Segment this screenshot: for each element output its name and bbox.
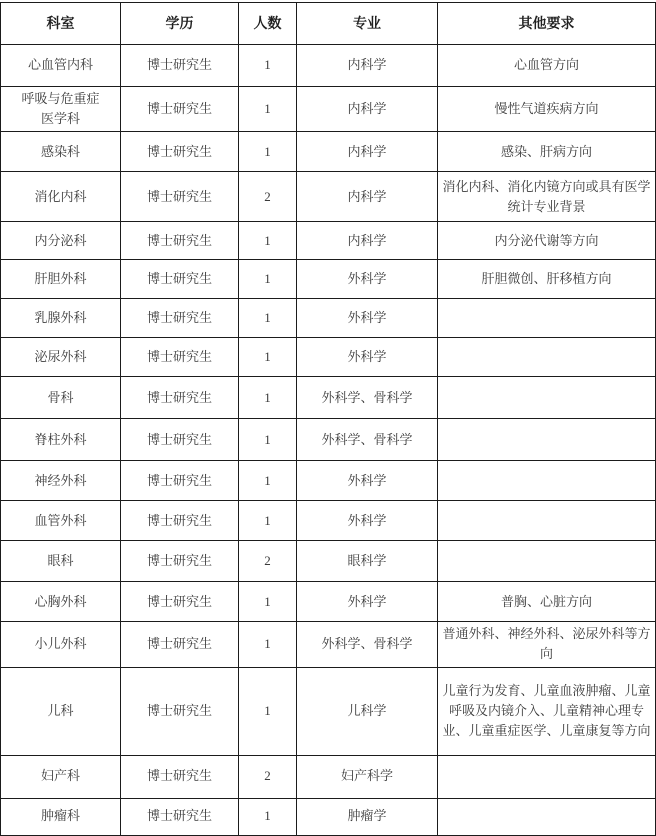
cell-requirements: 普通外科、神经外科、泌尿外科等方向 (438, 622, 656, 667)
cell-education: 博士研究生 (121, 132, 239, 172)
cell-major: 内科学 (297, 87, 438, 132)
table-row: 小儿外科 博士研究生 1 外科学、骨科学 普通外科、神经外科、泌尿外科等方向 (1, 622, 656, 667)
cell-count: 1 (239, 667, 297, 755)
cell-department: 呼吸与危重症 医学科 (1, 87, 121, 132)
cell-education: 博士研究生 (121, 541, 239, 582)
table-body: 心血管内科 博士研究生 1 内科学 心血管方向 呼吸与危重症 医学科 博士研究生… (1, 45, 656, 836)
cell-count: 1 (239, 260, 297, 299)
cell-count: 1 (239, 501, 297, 541)
cell-count: 1 (239, 87, 297, 132)
cell-count: 1 (239, 377, 297, 419)
cell-major: 外科学、骨科学 (297, 419, 438, 461)
column-header-count: 人数 (239, 3, 297, 45)
cell-education: 博士研究生 (121, 377, 239, 419)
cell-count: 2 (239, 755, 297, 798)
cell-requirements: 普胸、心脏方向 (438, 582, 656, 622)
column-header-requirements: 其他要求 (438, 3, 656, 45)
cell-education: 博士研究生 (121, 622, 239, 667)
cell-requirements (438, 798, 656, 835)
cell-requirements: 肝胆微创、肝移植方向 (438, 260, 656, 299)
cell-department: 感染科 (1, 132, 121, 172)
cell-major: 肿瘤学 (297, 798, 438, 835)
cell-requirements (438, 338, 656, 377)
document-page: 科室 学历 人数 专业 其他要求 心血管内科 博士研究生 1 内科学 心血管方向… (0, 0, 656, 825)
cell-education: 博士研究生 (121, 260, 239, 299)
cell-department: 肿瘤科 (1, 798, 121, 835)
table-row: 神经外科 博士研究生 1 外科学 (1, 461, 656, 501)
cell-count: 1 (239, 582, 297, 622)
table-row: 肝胆外科 博士研究生 1 外科学 肝胆微创、肝移植方向 (1, 260, 656, 299)
table-row: 肿瘤科 博士研究生 1 肿瘤学 (1, 798, 656, 835)
cell-major: 妇产科学 (297, 755, 438, 798)
table-row: 血管外科 博士研究生 1 外科学 (1, 501, 656, 541)
cell-education: 博士研究生 (121, 667, 239, 755)
cell-count: 1 (239, 461, 297, 501)
table-row: 消化内科 博士研究生 2 内科学 消化内科、消化内镜方向或具有医学统计专业背景 (1, 172, 656, 222)
table-header: 科室 学历 人数 专业 其他要求 (1, 3, 656, 45)
cell-education: 博士研究生 (121, 299, 239, 338)
cell-department: 神经外科 (1, 461, 121, 501)
cell-count: 1 (239, 222, 297, 260)
cell-count: 1 (239, 419, 297, 461)
cell-department: 小儿外科 (1, 622, 121, 667)
cell-department: 泌尿外科 (1, 338, 121, 377)
cell-requirements (438, 541, 656, 582)
table-row: 脊柱外科 博士研究生 1 外科学、骨科学 (1, 419, 656, 461)
table-row: 骨科 博士研究生 1 外科学、骨科学 (1, 377, 656, 419)
cell-department: 内分泌科 (1, 222, 121, 260)
cell-count: 1 (239, 45, 297, 87)
cell-major: 儿科学 (297, 667, 438, 755)
table-row: 乳腺外科 博士研究生 1 外科学 (1, 299, 656, 338)
cell-requirements (438, 419, 656, 461)
cell-education: 博士研究生 (121, 501, 239, 541)
cell-major: 外科学 (297, 501, 438, 541)
cell-department: 肝胆外科 (1, 260, 121, 299)
cell-department: 乳腺外科 (1, 299, 121, 338)
table-row: 心血管内科 博士研究生 1 内科学 心血管方向 (1, 45, 656, 87)
table-row: 呼吸与危重症 医学科 博士研究生 1 内科学 慢性气道疾病方向 (1, 87, 656, 132)
column-header-major: 专业 (297, 3, 438, 45)
table-row: 儿科 博士研究生 1 儿科学 儿童行为发育、儿童血液肿瘤、儿童呼吸及内镜介入、儿… (1, 667, 656, 755)
cell-major: 外科学 (297, 260, 438, 299)
header-row: 科室 学历 人数 专业 其他要求 (1, 3, 656, 45)
cell-education: 博士研究生 (121, 755, 239, 798)
cell-major: 外科学 (297, 461, 438, 501)
cell-major: 外科学 (297, 338, 438, 377)
recruitment-table: 科室 学历 人数 专业 其他要求 心血管内科 博士研究生 1 内科学 心血管方向… (0, 2, 656, 836)
cell-count: 2 (239, 172, 297, 222)
cell-major: 内科学 (297, 132, 438, 172)
cell-major: 外科学、骨科学 (297, 377, 438, 419)
table-row: 内分泌科 博士研究生 1 内科学 内分泌代谢等方向 (1, 222, 656, 260)
table-row: 眼科 博士研究生 2 眼科学 (1, 541, 656, 582)
table-row: 妇产科 博士研究生 2 妇产科学 (1, 755, 656, 798)
cell-requirements: 儿童行为发育、儿童血液肿瘤、儿童呼吸及内镜介入、儿童精神心理专业、儿童重症医学、… (438, 667, 656, 755)
cell-department: 血管外科 (1, 501, 121, 541)
cell-requirements: 内分泌代谢等方向 (438, 222, 656, 260)
cell-requirements: 消化内科、消化内镜方向或具有医学统计专业背景 (438, 172, 656, 222)
cell-education: 博士研究生 (121, 461, 239, 501)
cell-requirements (438, 377, 656, 419)
cell-department: 脊柱外科 (1, 419, 121, 461)
cell-education: 博士研究生 (121, 419, 239, 461)
cell-department: 心胸外科 (1, 582, 121, 622)
cell-count: 1 (239, 798, 297, 835)
cell-education: 博士研究生 (121, 582, 239, 622)
cell-major: 内科学 (297, 45, 438, 87)
cell-department: 儿科 (1, 667, 121, 755)
cell-department: 妇产科 (1, 755, 121, 798)
cell-department: 骨科 (1, 377, 121, 419)
cell-requirements (438, 299, 656, 338)
cell-count: 1 (239, 338, 297, 377)
table-row: 泌尿外科 博士研究生 1 外科学 (1, 338, 656, 377)
cell-requirements: 感染、肝病方向 (438, 132, 656, 172)
cell-education: 博士研究生 (121, 45, 239, 87)
cell-requirements: 心血管方向 (438, 45, 656, 87)
cell-count: 1 (239, 622, 297, 667)
cell-education: 博士研究生 (121, 87, 239, 132)
cell-count: 1 (239, 132, 297, 172)
column-header-education: 学历 (121, 3, 239, 45)
cell-major: 外科学 (297, 582, 438, 622)
cell-major: 外科学、骨科学 (297, 622, 438, 667)
cell-education: 博士研究生 (121, 338, 239, 377)
cell-department: 心血管内科 (1, 45, 121, 87)
cell-education: 博士研究生 (121, 222, 239, 260)
cell-education: 博士研究生 (121, 798, 239, 835)
cell-major: 内科学 (297, 222, 438, 260)
cell-major: 眼科学 (297, 541, 438, 582)
cell-department: 消化内科 (1, 172, 121, 222)
table-row: 心胸外科 博士研究生 1 外科学 普胸、心脏方向 (1, 582, 656, 622)
cell-department: 眼科 (1, 541, 121, 582)
cell-requirements (438, 755, 656, 798)
cell-major: 内科学 (297, 172, 438, 222)
cell-count: 2 (239, 541, 297, 582)
table-row: 感染科 博士研究生 1 内科学 感染、肝病方向 (1, 132, 656, 172)
cell-requirements: 慢性气道疾病方向 (438, 87, 656, 132)
column-header-department: 科室 (1, 3, 121, 45)
cell-major: 外科学 (297, 299, 438, 338)
cell-count: 1 (239, 299, 297, 338)
cell-requirements (438, 501, 656, 541)
cell-requirements (438, 461, 656, 501)
cell-education: 博士研究生 (121, 172, 239, 222)
